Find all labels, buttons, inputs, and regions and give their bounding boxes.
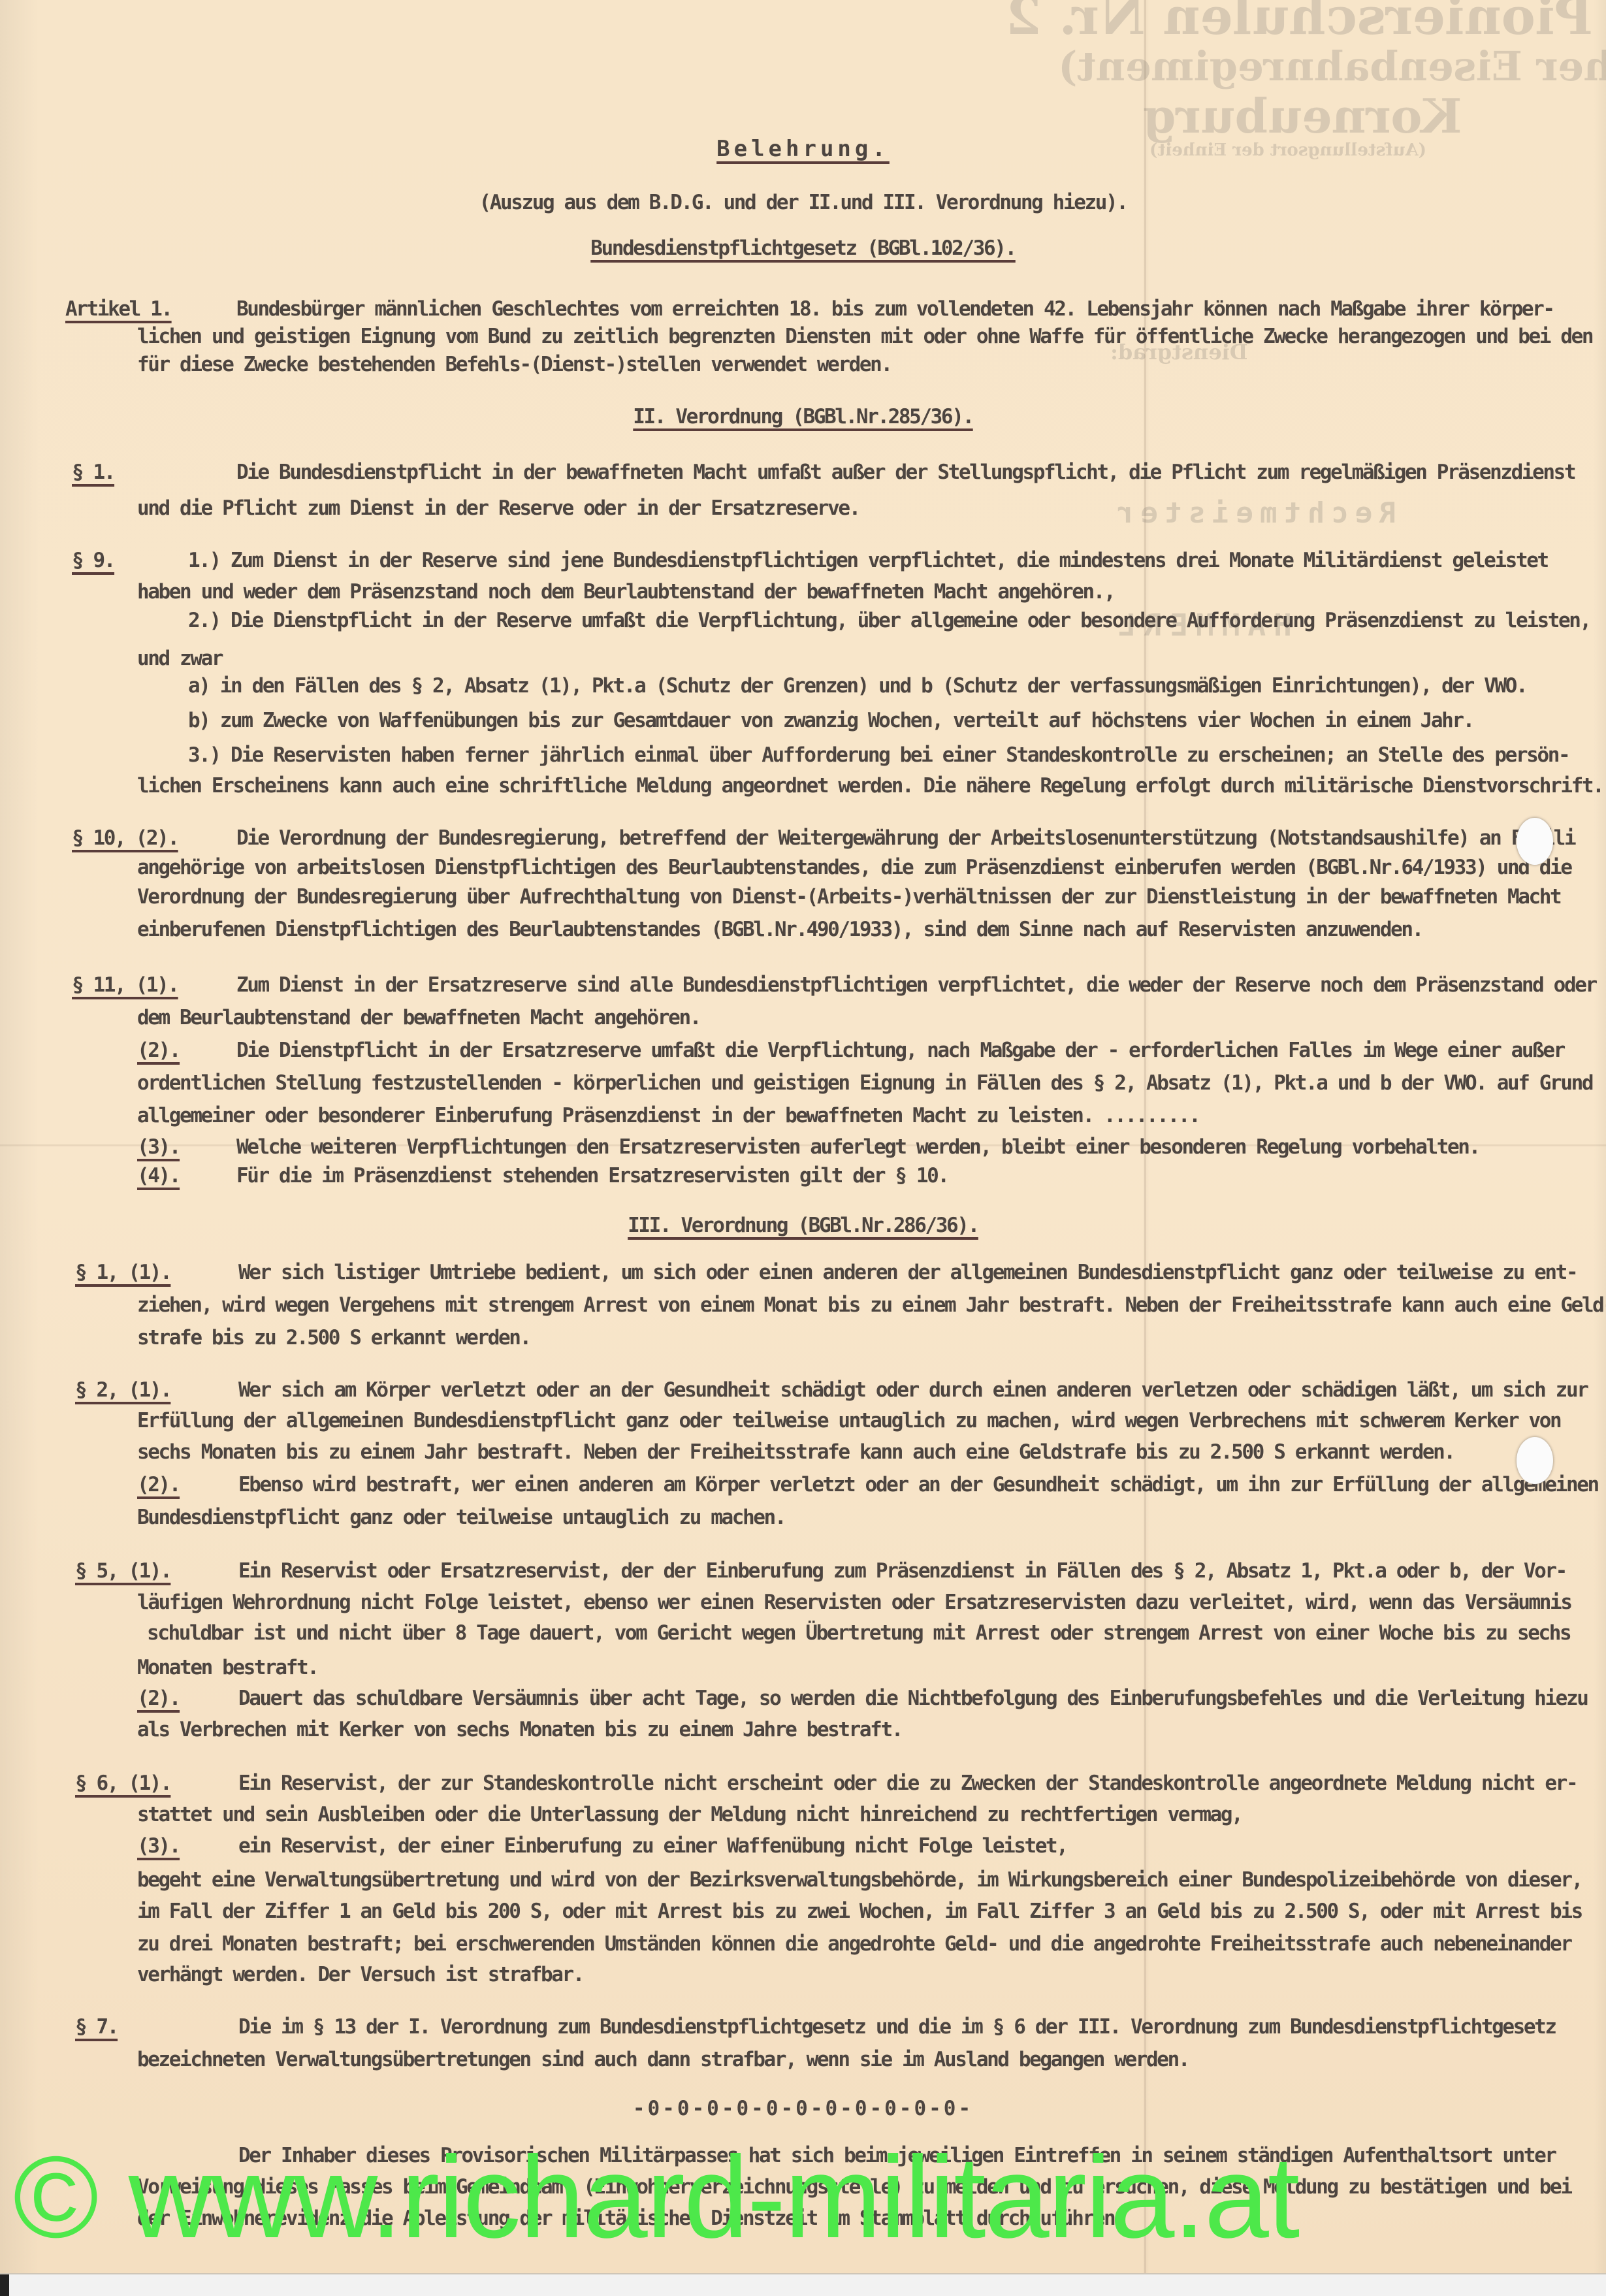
paragraph-line: Die Dienstpflicht in der Ersatzreserve u… [236,1039,1564,1062]
paragraph-line: Bundesbürger männlichen Geschlechtes vom… [236,297,1554,321]
copyright-watermark: © www.richard-militaria.at [13,2139,1298,2256]
paragraph-line: und die Pflicht zum Dienst in der Reserv… [137,496,859,520]
paragraph-line: Welche weiteren Verpflichtungen den Ersa… [236,1135,1479,1159]
punch-hole [1517,818,1553,865]
paragraph-line: Für die im Präsenzdienst stehenden Ersat… [236,1164,948,1188]
paragraph-line: einberufenen Dienstpflichtigen des Beurl… [137,918,1422,941]
paragraph-label: § 5, (1). [75,1559,170,1583]
paragraph-label: § 11, (1). [72,973,178,997]
section-heading-iii: III. Verordnung (BGBl.Nr.286/36). [0,1214,1606,1237]
paragraph-label: § 6, (1). [75,1771,170,1795]
paragraph-line: ordentlichen Stellung festzustellenden -… [137,1071,1592,1095]
paragraph-label: (2). [137,1687,180,1710]
paragraph-label: § 2, (1). [75,1378,170,1402]
paragraph-line: a) in den Fällen des § 2, Absatz (1), Pk… [188,674,1526,698]
paragraph-line: bezeichneten Verwaltungsübertretungen si… [137,2048,1189,2071]
paragraph-line: Die Verordnung der Bundesregierung, betr… [236,826,1575,850]
paragraph-label: § 10, (2). [72,826,178,850]
bleed-through-text: (früher Eisenbahnregiment) [1058,42,1606,90]
paragraph-line: Bundesdienstpflicht ganz oder teilweise … [137,1506,785,1529]
bleed-through-text: Rechtmeister [1110,496,1396,530]
paragraph-line: lichen und geistigen Eignung vom Bund zu… [137,325,1592,348]
paragraph-line: verhängt werden. Der Versuch ist strafba… [137,1963,583,1986]
paragraph-label: (2). [137,1039,180,1062]
paragraph-line: lichen Erscheinens kann auch eine schrif… [137,774,1603,798]
paragraph-line: Ein Reservist, der zur Standeskontrolle … [238,1771,1577,1795]
paragraph-line: Zum Dienst in der Ersatzreserve sind all… [236,973,1596,997]
paragraph-line: b) zum Zwecke von Waffenübungen bis zur … [188,709,1473,732]
paragraph-line: ziehen, wird wegen Vergehens mit strenge… [137,1293,1606,1317]
paragraph-label: (4). [137,1164,180,1188]
paragraph-line: ein Reservist, der einer Einberufung zu … [238,1834,1067,1858]
paragraph-line: begeht eine Verwaltungsübertretung und w… [137,1868,1582,1892]
punch-hole [1517,1437,1553,1484]
paragraph-line: 3.) Die Reservisten haben ferner jährlic… [188,743,1569,767]
paragraph-line: Ein Reservist oder Ersatzreservist, der … [238,1559,1566,1583]
paragraph-line: dem Beurlaubtenstand der bewaffneten Mac… [137,1006,700,1029]
paragraph-line: im Fall der Ziffer 1 an Geld bis 200 S, … [137,1900,1582,1923]
scan-edge [0,2273,1606,2296]
paragraph-label: (3). [137,1135,180,1159]
paragraph-line: Wer sich listiger Umtriebe bedient, um s… [238,1261,1577,1284]
document-title: Belehrung. [0,136,1606,162]
paragraph-line: Die Bundesdienstpflicht in der bewaffnet… [236,461,1575,484]
paragraph-line: Die im § 13 der I. Verordnung zum Bundes… [238,2015,1556,2039]
section-heading-ii: II. Verordnung (BGBl.Nr.285/36). [0,405,1606,428]
paragraph-line: allgemeiner oder besonderer Einberufung … [137,1104,1199,1127]
paragraph-line: stattet und sein Ausbleiben oder die Unt… [137,1803,1242,1826]
paragraph-line: Erfüllung der allgemeinen Bundesdienstpf… [137,1409,1560,1432]
paragraph-label: § 1. [72,461,114,484]
paragraph-label: § 9. [72,549,114,572]
artikel-label: Artikel 1. [65,297,172,321]
paragraph-line: läufigen Wehrordnung nicht Folge leistet… [137,1591,1571,1614]
paragraph-line: 2.) Die Dienstpflicht in der Reserve umf… [188,609,1590,632]
paragraph-label: § 1, (1). [75,1261,170,1284]
paragraph-line: Monaten bestraft. [137,1656,317,1679]
paragraph-line: zu drei Monaten bestraft; bei erschweren… [137,1932,1571,1956]
paragraph-line: als Verbrechen mit Kerker von sechs Mona… [137,1718,902,1741]
paragraph-label: (2). [137,1473,180,1496]
paragraph-line: sechs Monaten bis zu einem Jahr bestraft… [137,1440,1454,1464]
paragraph-line: Dauert das schuldbare Versäumnis über ac… [238,1687,1587,1710]
paragraph-line: 1.) Zum Dienst in der Reserve sind jene … [188,549,1548,572]
paragraph-line: Wer sich am Körper verletzt oder an der … [238,1378,1587,1402]
paragraph-line: strafe bis zu 2.500 S erkannt werden. [137,1326,530,1350]
paragraph-line: haben und weder dem Präsenzstand noch de… [137,580,1114,604]
paragraph-line: schuldbar ist und nicht über 8 Tage daue… [147,1621,1570,1645]
paragraph-label: § 7. [75,2015,118,2039]
paragraph-line: Ebenso wird bestraft, wer einen anderen … [238,1473,1598,1496]
paragraph-line: angehörige von arbeitslosen Dienstpflich… [137,856,1571,879]
section-heading-bdg: Bundesdienstpflichtgesetz (BGBl.102/36). [0,236,1606,260]
document-subtitle: (Auszug aus dem B.D.G. und der II.und II… [0,191,1606,214]
paragraph-line: Verordnung der Bundesregierung über Aufr… [137,885,1560,909]
bleed-through-text: Wiener Pionierschulen Nr. 2 [1006,0,1606,46]
paragraph-label: (3). [137,1834,180,1858]
paragraph-line: und zwar [137,647,222,670]
paragraph-line: für diese Zwecke bestehenden Befehls-(Di… [137,353,891,376]
separator: -0-0-0-0-0-0-0-0-0-0-0- [0,2097,1606,2120]
